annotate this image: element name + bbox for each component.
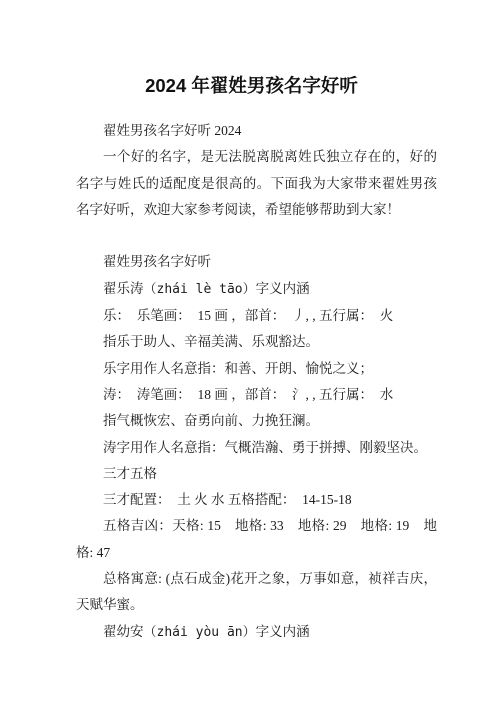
tao-meaning-paragraph: 指气概恢宏、奋勇向前、力挽狂澜。 [76,408,437,434]
tao-strokes-paragraph: 涛： 涛笔画： 18 画 ，部首： 氵, , 五行属： 水 [76,382,437,408]
le-usage-paragraph: 乐字用作人名意指：和善、开朗、愉悦之义； [76,356,437,382]
name-line-youan: 翟幼安（zhái yòu ān）字义内涵 [76,619,437,646]
tao-usage-paragraph: 涛字用作人名意指：气概浩瀚、勇于拼搏、刚毅坚决。 [76,435,437,461]
name-pinyin: （zhái yòu ān） [144,625,256,640]
zongge-meaning-paragraph: 总格寓意: (点石成金)花开之象，万事如意，祯祥吉庆，天赋华蜜。 [76,566,437,619]
name-text: 翟乐涛 [103,281,144,296]
name-suffix: 字义内涵 [256,624,310,639]
name-suffix: 字义内涵 [256,281,310,296]
document-page: 2024 年翟姓男孩名字好听 翟姓男孩名字好听 2024 一个好的名字，是无法脱… [0,0,500,708]
intro-paragraph: 一个好的名字，是无法脱离脱离姓氏独立存在的，好的名字与姓氏的适配度是很高的。下面… [76,144,437,223]
article-title: 2024 年翟姓男孩名字好听 [71,72,432,100]
wuge-luck-paragraph: 五格吉凶：天格: 15 地格: 33 地格: 29 地格: 19 地格: 47 [76,513,437,566]
intro-label: 翟姓男孩名字好听 2024 [76,118,437,144]
name-line-letao: 翟乐涛（zhái lè tāo）字义内涵 [76,276,437,303]
name-pinyin: （zhái lè tāo） [144,282,256,297]
sancai-heading: 三才五格 [76,461,437,487]
le-strokes-paragraph: 乐： 乐笔画： 15 画 ，部首： 丿, , 五行属： 火 [76,303,437,329]
name-text: 翟幼安 [103,624,144,639]
section-heading: 翟姓男孩名字好听 [76,249,437,275]
le-meaning-paragraph: 指乐于助人、辛福美满、乐观豁达。 [76,329,437,355]
sancai-config-paragraph: 三才配置： 土 火 水 五格搭配： 14-15-18 [76,487,437,513]
